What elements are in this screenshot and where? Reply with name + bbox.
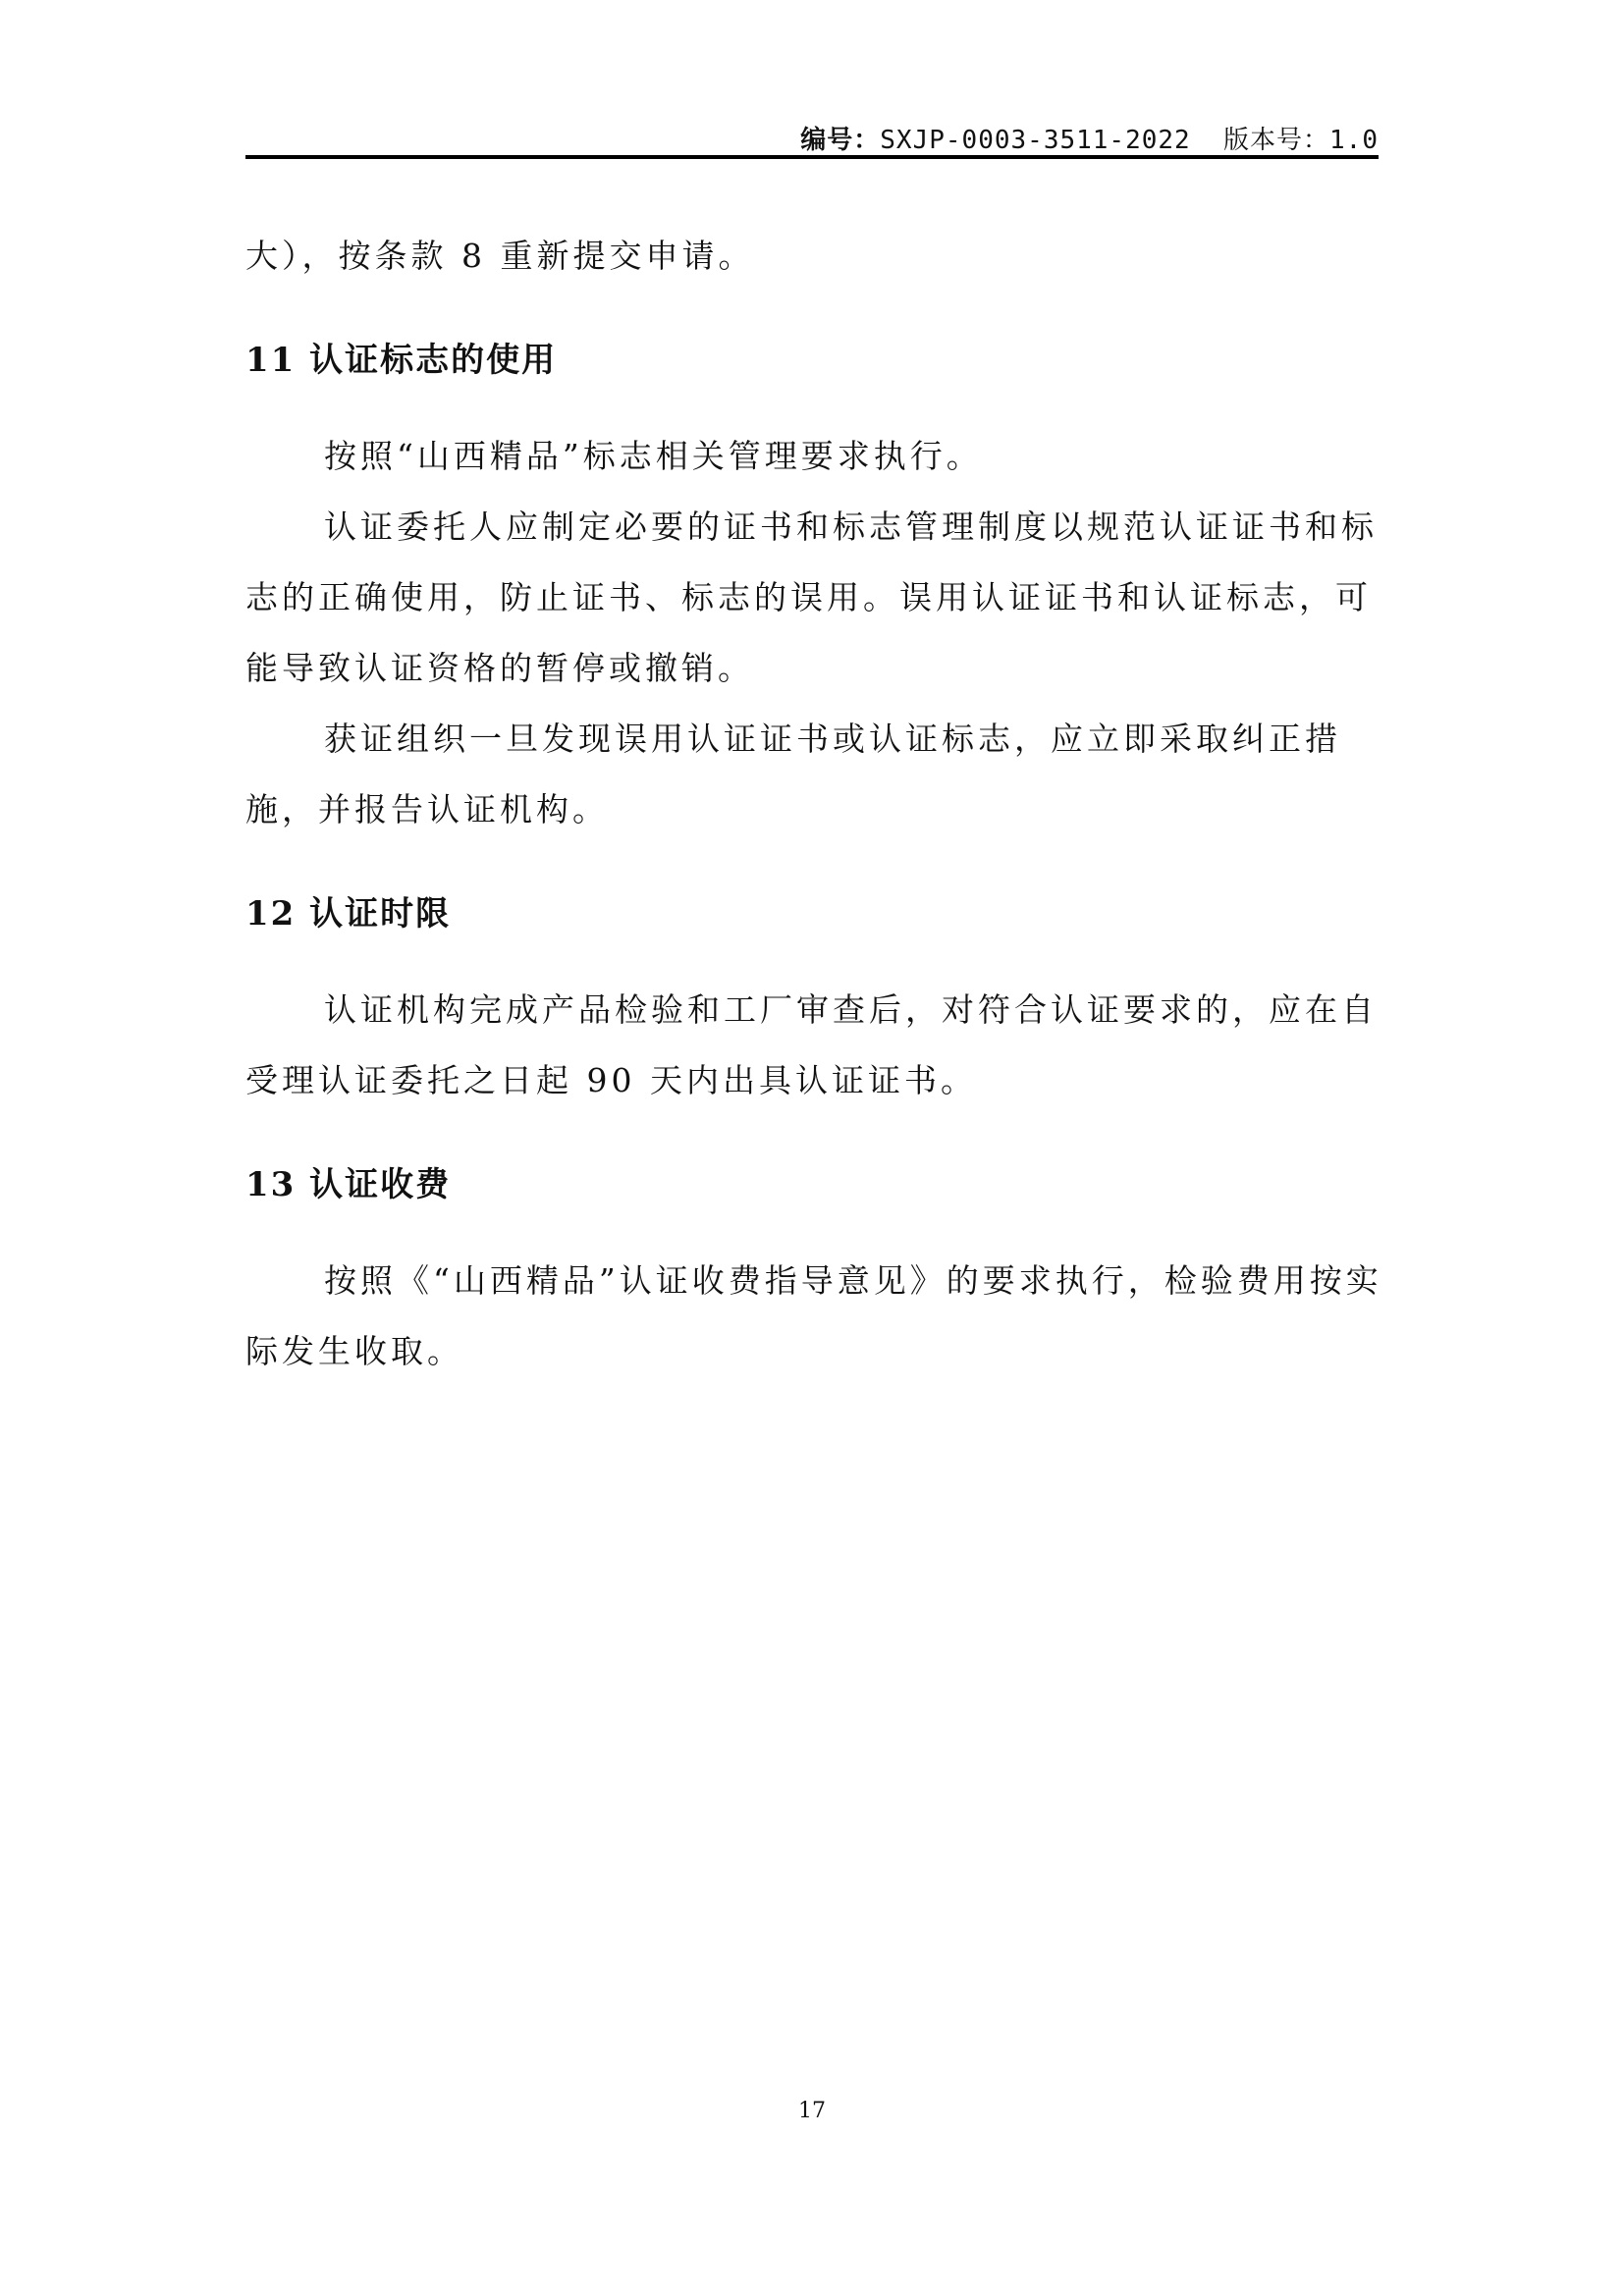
page-header: 编号：SXJP-0003-3511-2022 版本号：1.0: [245, 116, 1379, 159]
continued-paragraph: 大），按条款 8 重新提交申请。: [245, 221, 1384, 292]
version: 1.0: [1329, 126, 1379, 155]
paragraph: 按照“山西精品”标志相关管理要求执行。: [245, 421, 1384, 492]
doc-no: SXJP-0003-3511-2022: [880, 126, 1190, 155]
paragraph: 按照《“山西精品”认证收费指导意见》的要求执行，检验费用按实际发生收取。: [245, 1246, 1384, 1387]
section-heading-13: 13 认证收费: [245, 1149, 1384, 1220]
section-heading-11: 11 认证标志的使用: [245, 325, 1384, 396]
document-id: 编号：SXJP-0003-3511-2022 版本号：1.0: [800, 120, 1379, 156]
version-label: 版本号：: [1223, 126, 1329, 155]
doc-no-label: 编号：: [800, 126, 880, 155]
paragraph: 认证机构完成产品检验和工厂审查后，对符合认证要求的，应在自受理认证委托之日起 9…: [245, 975, 1384, 1116]
paragraph: 认证委托人应制定必要的证书和标志管理制度以规范认证证书和标志的正确使用，防止证书…: [245, 492, 1384, 704]
section-heading-12: 12 认证时限: [245, 879, 1384, 949]
document-body: 大），按条款 8 重新提交申请。 11 认证标志的使用 按照“山西精品”标志相关…: [245, 221, 1384, 1387]
page-number: 17: [0, 2099, 1624, 2123]
paragraph: 获证组织一旦发现误用认证证书或认证标志，应立即采取纠正措施，并报告认证机构。: [245, 704, 1384, 845]
